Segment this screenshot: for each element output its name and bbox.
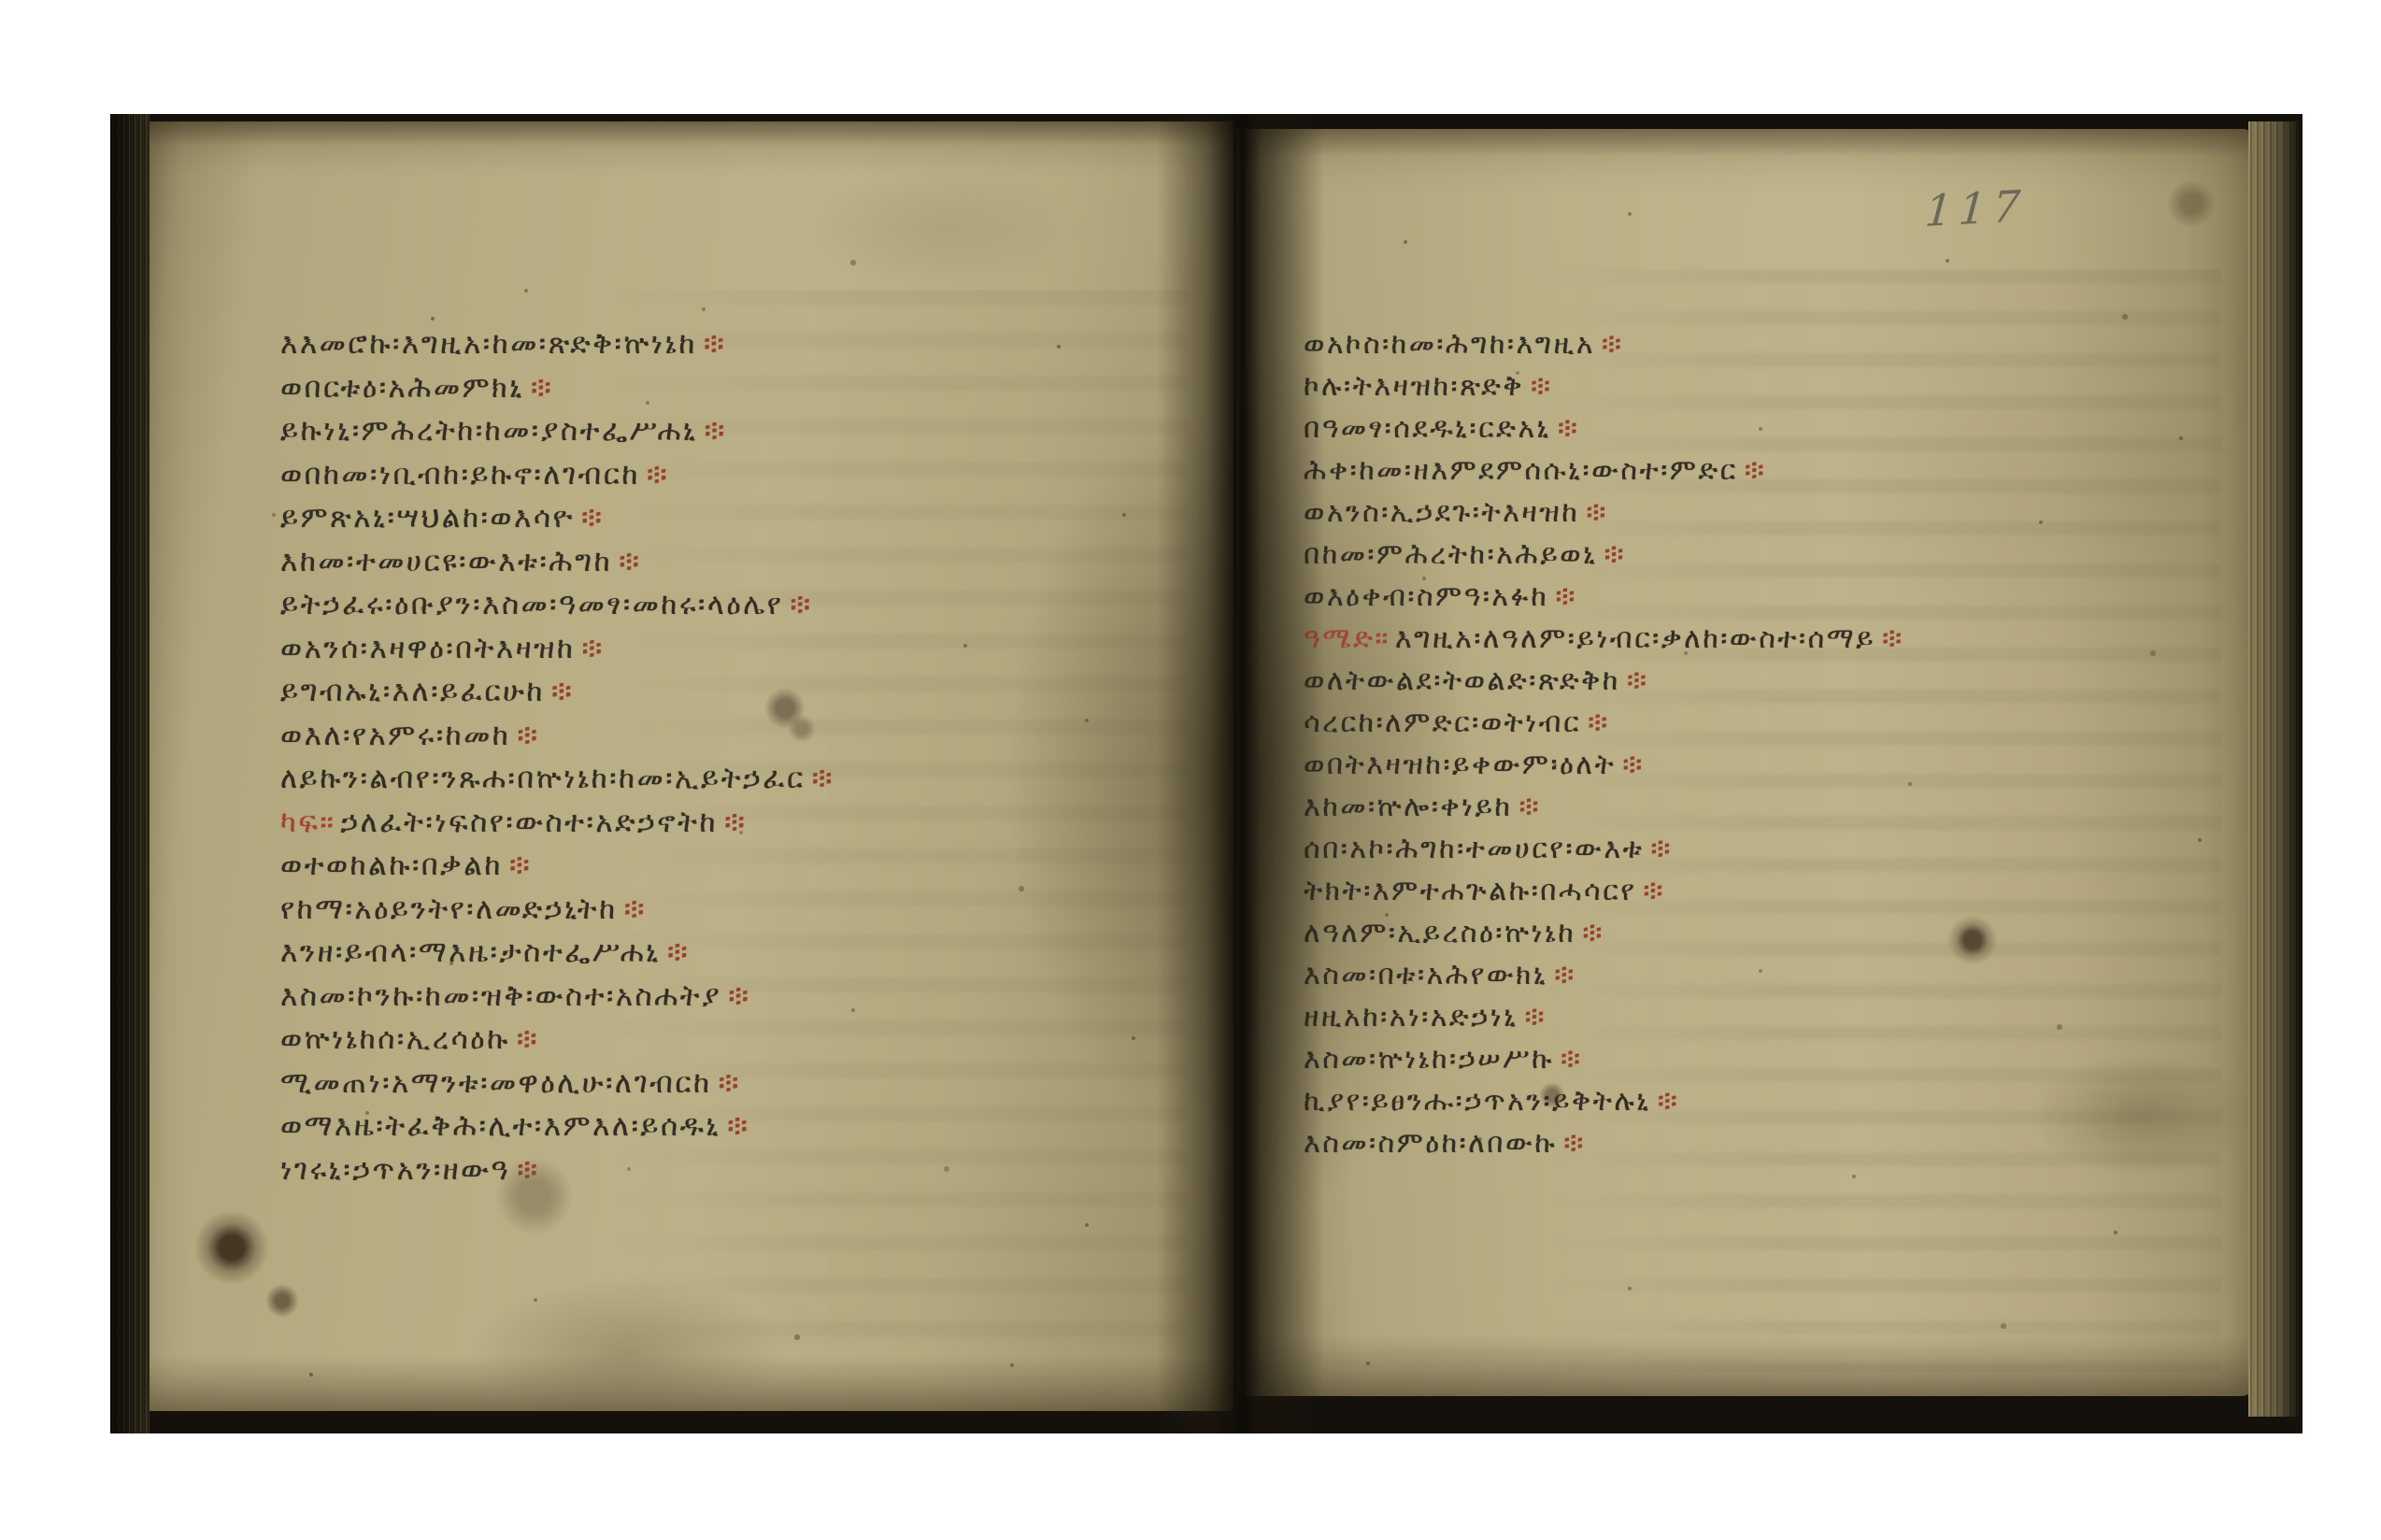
text-line: ወእዕቀብ፡ስምዓ፡አፉከ፨ bbox=[1304, 576, 2238, 618]
line-text: ትክት፡እምተሐጕልኩ፡በሓሳርየ bbox=[1304, 875, 1636, 907]
book-left-edge bbox=[110, 114, 150, 1433]
verse-separator: ፨ bbox=[728, 979, 750, 1013]
verse-separator: ፨ bbox=[517, 1153, 539, 1187]
text-line: እከመ፡ተመሀርዩ፡ውእቱ፡ሕግከ፨ bbox=[280, 540, 1215, 584]
line-text: ኃለፈት፡ነፍስየ፡ውስተ፡አድኃኖትከ bbox=[340, 806, 718, 839]
line-text: ወእዕቀብ፡ስምዓ፡አፉከ bbox=[1304, 580, 1548, 613]
text-line: ዓሜድ።እግዚአ፡ለዓለም፡ይነብር፡ቃለከ፡ውስተ፡ሰማይ፨ bbox=[1304, 618, 2238, 660]
line-text: ይግብኡኒ፡እለ፡ይፈርሁከ bbox=[280, 675, 545, 708]
verse-separator: ፨ bbox=[667, 935, 690, 969]
text-line: ሚመጠነ፡አማንቱ፡መዋዕሊሁ፡ለገብርከ፨ bbox=[280, 1062, 1215, 1105]
line-text: ዘዚአከ፡አነ፡አድኃነኒ bbox=[1304, 1001, 1518, 1034]
line-text: እስመ፡ኮንኩ፡ከመ፡ዝቅ፡ውስተ፡አስሐትያ bbox=[280, 979, 721, 1013]
text-line: ወበርቱዕ፡አሕመምክኒ፨ bbox=[280, 366, 1215, 410]
verse-separator: ፨ bbox=[619, 545, 641, 578]
verse-separator: ፨ bbox=[1586, 496, 1608, 529]
text-line: ይግብኡኒ፡እለ፡ይፈርሁከ፨ bbox=[280, 670, 1215, 714]
line-text: ሰበ፡አኮ፡ሕግከ፡ተመሀርየ፡ውእቱ bbox=[1304, 833, 1644, 865]
line-text: ወኵነኔከሰ፡ኢረሳዕኩ bbox=[280, 1022, 510, 1056]
book-right-edge bbox=[2248, 121, 2303, 1417]
line-text: እስመ፡ኵነኔከ፡ኃሠሥኩ bbox=[1304, 1043, 1554, 1076]
line-text: ሳረርከ፡ለምድር፡ወትነብር bbox=[1304, 706, 1581, 739]
line-text: ነገሩኒ፡ኃጥአን፡ዘውዓ bbox=[280, 1153, 510, 1187]
text-line: ወበከመ፡ነቢብከ፡ይኩኖ፡ለገብርከ፨ bbox=[280, 453, 1215, 497]
text-line: ለይኩን፡ልብየ፡ንጹሐ፡በኵነኔከ፡ከመ፡ኢይትኃፈር፨ bbox=[280, 757, 1215, 801]
line-text: ወአንሰ፡እዛዋዕ፡በትእዛዝከ bbox=[280, 632, 576, 665]
verse-separator: ፨ bbox=[1745, 454, 1767, 487]
verse-separator: ፨ bbox=[1561, 1043, 1583, 1076]
verse-separator: ፨ bbox=[1563, 1127, 1586, 1160]
verse-separator: ፨ bbox=[1643, 875, 1665, 907]
line-text: ኮሉ፡ትእዛዝከ፡ጽድቅ bbox=[1304, 370, 1524, 403]
verse-separator: ፨ bbox=[727, 1109, 749, 1143]
right-page: 117 ወአኮስ፡ከመ፡ሕግከ፡እግዚአ፨ኮሉ፡ትእዛዝከ፡ጽድቅ፨በዓመፃ፡ሰ… bbox=[1236, 129, 2253, 1396]
line-text: እእመሮኩ፡እግዚአ፡ከመ፡ጽድቅ፡ኵነኔከ bbox=[280, 327, 697, 361]
text-line: ሕቀ፡ከመ፡ዘእምደምሰሱኒ፡ውስተ፡ምድር፨ bbox=[1304, 449, 2238, 492]
line-text: ወእለ፡የአምሩ፡ከመከ bbox=[280, 719, 510, 752]
line-text: እግዚአ፡ለዓለም፡ይነብር፡ቃለከ፡ውስተ፡ሰማይ bbox=[1395, 622, 1875, 655]
line-text: በከመ፡ምሕረትከ፡አሕይወኒ bbox=[1304, 538, 1597, 571]
text-line: ሰበ፡አኮ፡ሕግከ፡ተመሀርየ፡ውእቱ፨ bbox=[1304, 828, 2238, 870]
text-line: ይኩነኒ፡ምሕረትከ፡ከመ፡ያስተፌሥሐኒ፨ bbox=[280, 409, 1215, 453]
verse-separator: ፨ bbox=[551, 675, 574, 708]
text-line: ወእለ፡የአምሩ፡ከመከ፨ bbox=[280, 714, 1215, 758]
verse-separator: ፨ bbox=[517, 719, 539, 752]
text-line: ወአኮስ፡ከመ፡ሕግከ፡እግዚአ፨ bbox=[1304, 323, 2238, 365]
verse-separator: ፨ bbox=[705, 414, 727, 448]
verse-separator: ፨ bbox=[509, 848, 532, 882]
line-text: ለይኩን፡ልብየ፡ንጹሐ፡በኵነኔከ፡ከመ፡ኢይትኃፈር bbox=[280, 762, 806, 795]
verse-separator: ፨ bbox=[582, 632, 605, 665]
section-rubric: ዓሜድ። bbox=[1304, 622, 1390, 655]
text-line: እስመ፡ኮንኩ፡ከመ፡ዝቅ፡ውስተ፡አስሐትያ፨ bbox=[280, 975, 1215, 1019]
line-text: ወአንስ፡ኢኃደጉ፡ትእዛዝከ bbox=[1304, 496, 1579, 529]
text-line: ኪያየ፡ይፀንሑ፡ኃጥአን፡ይቅትሉኒ፨ bbox=[1304, 1080, 2238, 1122]
text-line: በከመ፡ምሕረትከ፡አሕይወኒ፨ bbox=[1304, 534, 2238, 576]
text-line: በዓመፃ፡ሰደዱኒ፡ርድአኒ፨ bbox=[1304, 407, 2238, 449]
text-line: ይምጽአኒ፡ሣህልከ፡ወእሳዮ፨ bbox=[280, 496, 1215, 540]
verse-separator: ፨ bbox=[1531, 370, 1553, 403]
verse-separator: ፨ bbox=[719, 1066, 741, 1100]
text-line: የከማ፡አዕይንትየ፡ለመድኃኒትከ፨ bbox=[280, 888, 1215, 932]
text-line: እስመ፡ኵነኔከ፡ኃሠሥኩ፨ bbox=[1304, 1038, 2238, 1080]
verse-separator: ፨ bbox=[704, 327, 726, 361]
text-line: ነገሩኒ፡ኃጥአን፡ዘውዓ፨ bbox=[280, 1148, 1215, 1192]
text-line: ወማእዜ፡ትፈቅሕ፡ሊተ፡እምእለ፡ይሰዱኒ፨ bbox=[280, 1105, 1215, 1148]
line-text: ወበከመ፡ነቢብከ፡ይኩኖ፡ለገብርከ bbox=[280, 458, 640, 492]
line-text: ሕቀ፡ከመ፡ዘእምደምሰሱኒ፡ውስተ፡ምድር bbox=[1304, 454, 1738, 487]
line-text: ወለትውልደ፡ትወልድ፡ጽድቅከ bbox=[1304, 664, 1620, 697]
text-line: እንዘ፡ይብላ፡ማእዜ፡ታስተፌሥሐኒ፨ bbox=[280, 931, 1215, 975]
right-page-text: ወአኮስ፡ከመ፡ሕግከ፡እግዚአ፨ኮሉ፡ትእዛዝከ፡ጽድቅ፨በዓመፃ፡ሰደዱኒ፡… bbox=[1304, 323, 2238, 1164]
verse-separator: ፨ bbox=[1582, 917, 1604, 949]
text-line: ወአንስ፡ኢኃደጉ፡ትእዛዝከ፨ bbox=[1304, 492, 2238, 534]
line-text: ወበርቱዕ፡አሕመምክኒ bbox=[280, 371, 524, 405]
line-text: ወተወከልኩ፡በቃልከ bbox=[280, 848, 503, 882]
left-page: እእመሮኩ፡እግዚአ፡ከመ፡ጽድቅ፡ኵነኔከ፨ወበርቱዕ፡አሕመምክኒ፨ይኩነኒ… bbox=[142, 121, 1233, 1411]
verse-separator: ፨ bbox=[1658, 1085, 1680, 1118]
verse-separator: ፨ bbox=[724, 806, 747, 839]
text-line: እከመ፡ኵሎ፡ቀነይከ፨ bbox=[1304, 786, 2238, 828]
left-page-text: እእመሮኩ፡እግዚአ፡ከመ፡ጽድቅ፡ኵነኔከ፨ወበርቱዕ፡አሕመምክኒ፨ይኩነኒ… bbox=[280, 322, 1215, 1191]
verse-separator: ፨ bbox=[531, 371, 553, 405]
line-text: እከመ፡ተመሀርዩ፡ውእቱ፡ሕግከ bbox=[280, 545, 612, 578]
text-line: ሳረርከ፡ለምድር፡ወትነብር፨ bbox=[1304, 702, 2238, 744]
line-text: እስመ፡ስምዕከ፡ለበውኩ bbox=[1304, 1127, 1557, 1160]
verse-separator: ፨ bbox=[624, 892, 647, 926]
verse-separator: ፨ bbox=[1627, 664, 1649, 697]
verse-separator: ፨ bbox=[1525, 1001, 1547, 1034]
verse-separator: ፨ bbox=[1604, 538, 1626, 571]
text-line: ወበትእዛዝከ፡ይቀውም፡ዕለት፨ bbox=[1304, 744, 2238, 786]
text-line: ኮሉ፡ትእዛዝከ፡ጽድቅ፨ bbox=[1304, 365, 2238, 407]
book-photo: እእመሮኩ፡እግዚአ፡ከመ፡ጽድቅ፡ኵነኔከ፨ወበርቱዕ፡አሕመምክኒ፨ይኩነኒ… bbox=[110, 114, 2303, 1433]
line-text: ይምጽአኒ፡ሣህልከ፡ወእሳዮ bbox=[280, 501, 575, 535]
text-line: ወተወከልኩ፡በቃልከ፨ bbox=[280, 844, 1215, 888]
line-text: የከማ፡አዕይንትየ፡ለመድኃኒትከ bbox=[280, 892, 618, 926]
text-line: ለዓለም፡ኢይረስዕ፡ኵነኔከ፨ bbox=[1304, 912, 2238, 954]
line-text: ለዓለም፡ኢይረስዕ፡ኵነኔከ bbox=[1304, 917, 1575, 949]
line-text: እስመ፡በቱ፡አሕየውክኒ bbox=[1304, 959, 1547, 991]
verse-separator: ፨ bbox=[790, 588, 812, 621]
verse-separator: ፨ bbox=[581, 501, 604, 535]
text-line: ይትኃፈሩ፡ዕቡያን፡እስመ፡ዓመፃ፡መከሩ፡ላዕሌየ፨ bbox=[280, 583, 1215, 627]
line-text: እንዘ፡ይብላ፡ማእዜ፡ታስተፌሥሐኒ bbox=[280, 935, 661, 969]
verse-separator: ፨ bbox=[1558, 412, 1580, 445]
text-line: ወለትውልደ፡ትወልድ፡ጽድቅከ፨ bbox=[1304, 660, 2238, 702]
verse-separator: ፨ bbox=[517, 1022, 539, 1056]
verse-separator: ፨ bbox=[1588, 706, 1610, 739]
text-line: ወአንሰ፡እዛዋዕ፡በትእዛዝከ፨ bbox=[280, 627, 1215, 671]
text-line: እእመሮኩ፡እግዚአ፡ከመ፡ጽድቅ፡ኵነኔከ፨ bbox=[280, 322, 1215, 366]
line-text: ወማእዜ፡ትፈቅሕ፡ሊተ፡እምእለ፡ይሰዱኒ bbox=[280, 1109, 720, 1143]
line-text: ኪያየ፡ይፀንሑ፡ኃጥአን፡ይቅትሉኒ bbox=[1304, 1085, 1651, 1118]
verse-separator: ፨ bbox=[1554, 959, 1576, 991]
verse-separator: ፨ bbox=[647, 458, 669, 492]
verse-separator: ፨ bbox=[1882, 622, 1904, 655]
line-text: እከመ፡ኵሎ፡ቀነይከ bbox=[1304, 791, 1512, 823]
verse-separator: ፨ bbox=[812, 762, 834, 795]
line-text: ይትኃፈሩ፡ዕቡያን፡እስመ፡ዓመፃ፡መከሩ፡ላዕሌየ bbox=[280, 588, 783, 621]
verse-separator: ፨ bbox=[1650, 833, 1673, 865]
text-line: እስመ፡በቱ፡አሕየውክኒ፨ bbox=[1304, 954, 2238, 996]
line-text: ወበትእዛዝከ፡ይቀውም፡ዕለት bbox=[1304, 749, 1616, 781]
folio-number: 117 bbox=[1923, 180, 2028, 236]
verse-separator: ፨ bbox=[1555, 580, 1577, 613]
text-line: ዘዚአከ፡አነ፡አድኃነኒ፨ bbox=[1304, 996, 2238, 1038]
line-text: ሚመጠነ፡አማንቱ፡መዋዕሊሁ፡ለገብርከ bbox=[280, 1066, 712, 1100]
line-text: በዓመፃ፡ሰደዱኒ፡ርድአኒ bbox=[1304, 412, 1551, 445]
text-line: ወኵነኔከሰ፡ኢረሳዕኩ፨ bbox=[280, 1018, 1215, 1062]
line-text: ወአኮስ፡ከመ፡ሕግከ፡እግዚአ bbox=[1304, 328, 1595, 361]
text-line: ትክት፡እምተሐጕልኩ፡በሓሳርየ፨ bbox=[1304, 870, 2238, 912]
section-rubric: ካፍ። bbox=[280, 806, 335, 839]
text-line: ካፍ።ኃለፈት፡ነፍስየ፡ውስተ፡አድኃኖትከ፨ bbox=[280, 801, 1215, 845]
verse-separator: ፨ bbox=[1622, 749, 1645, 781]
parchment-speckles bbox=[1236, 129, 1238, 131]
verse-separator: ፨ bbox=[1518, 791, 1541, 823]
verse-separator: ፨ bbox=[1602, 328, 1624, 361]
line-text: ይኩነኒ፡ምሕረትከ፡ከመ፡ያስተፌሥሐኒ bbox=[280, 414, 698, 448]
text-line: እስመ፡ስምዕከ፡ለበውኩ፨ bbox=[1304, 1122, 2238, 1164]
